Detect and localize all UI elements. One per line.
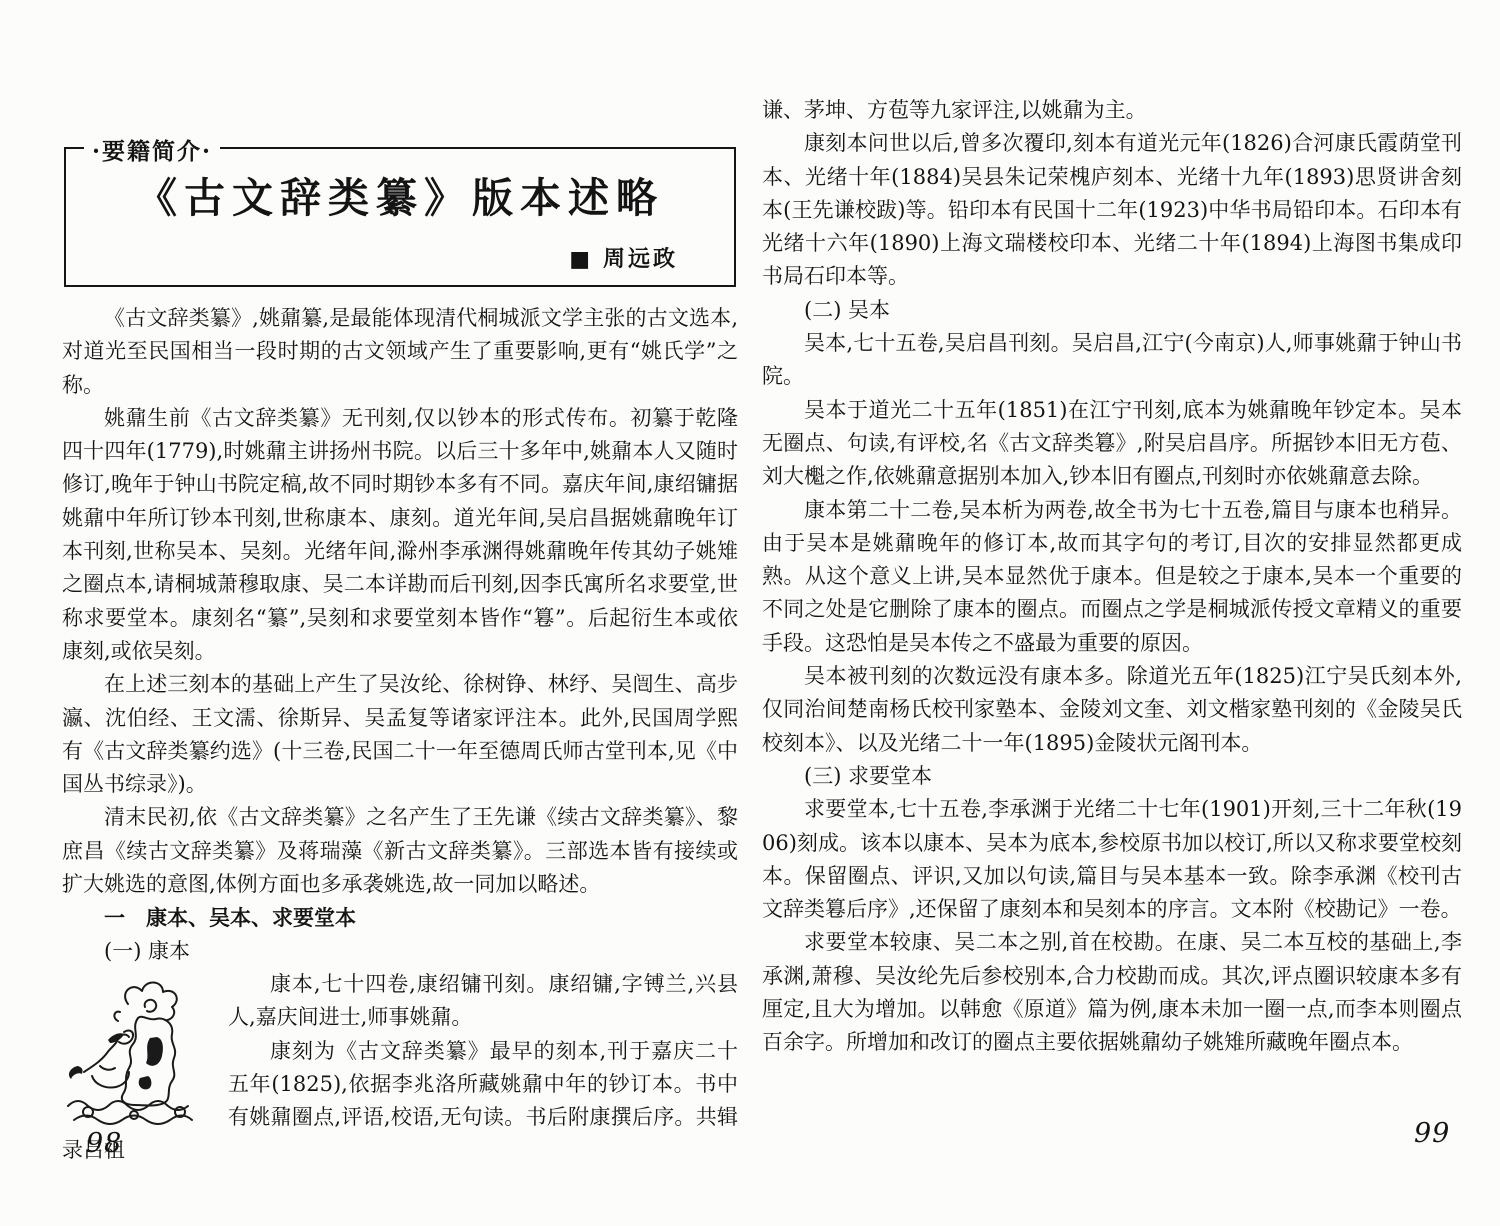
sub-heading-kang: (一) 康本 <box>62 935 738 968</box>
sub-heading-wu: (二) 吴本 <box>762 294 1462 327</box>
paragraph: 吴本于道光二十五年(1851)在江宁刊刻,底本为姚鼐晚年钞定本。吴本无圈点、句读… <box>762 394 1462 494</box>
author-name: 周远政 <box>603 246 678 272</box>
section-heading: 一 康本、吴本、求要堂本 <box>62 901 738 934</box>
paragraph: 康刻本问世以后,曾多次覆印,刻本有道光元年(1826)合河康氏霞荫堂刊本、光绪十… <box>762 127 1462 293</box>
article-title: 《古文辞类纂》版本述略 <box>66 165 734 224</box>
article-header-box: ·要籍简介· 《古文辞类纂》版本述略 ■周远政 <box>64 147 736 287</box>
paragraph: 吴本被刊刻的次数远没有康本多。除道光五年(1825)江宁吴氏刻本外,仅同治间楚南… <box>762 660 1462 760</box>
paragraph: 求要堂本较康、吴二本之别,首在校勘。在康、吴二本互校的基础上,李承渊,萧穆、吴汝… <box>762 926 1462 1059</box>
paragraph: 求要堂本,七十五卷,李承渊于光绪二十七年(1901)开刻,三十二年秋(1906)… <box>762 793 1462 926</box>
page-number-left: 98 <box>86 1128 122 1159</box>
right-column: 谦、茅坤、方苞等九家评注,以姚鼐为主。 康刻本问世以后,曾多次覆印,刻本有道光元… <box>762 94 1462 1060</box>
left-column: 《古文辞类纂》,姚鼐纂,是最能体现清代桐城派文学主张的古文选本,对道光至民国相当… <box>62 302 738 1168</box>
paragraph: 吴本,七十五卷,吴启昌刊刻。吴启昌,江宁(今南京)人,师事姚鼐于钟山书院。 <box>762 327 1462 394</box>
page-number-right: 99 <box>1414 1118 1450 1149</box>
paragraph: 在上述三刻本的基础上产生了吴汝纶、徐树铮、林纾、吴闿生、高步瀛、沈伯经、王文濡、… <box>62 668 738 801</box>
horse-rock-illustration <box>62 974 214 1134</box>
section-kicker-label: ·要籍简介· <box>84 133 220 166</box>
paragraph: 姚鼐生前《古文辞类纂》无刊刻,仅以钞本的形式传布。初纂于乾隆四十四年(1779)… <box>62 402 738 668</box>
journal-spread: { "header": { "section_label": "·要籍简介·",… <box>0 0 1500 1226</box>
illustrated-passage: 康本,七十四卷,康绍镛刊刻。康绍镛,字镈兰,兴县人,嘉庆间进士,师事姚鼐。 康刻… <box>62 968 738 1168</box>
paragraph: 康本第二十二卷,吴本析为两卷,故全书为七十五卷,篇目与康本也稍异。由于吴本是姚鼐… <box>762 494 1462 660</box>
sub-heading-qiuyaotang: (三) 求要堂本 <box>762 760 1462 793</box>
paragraph: 《古文辞类纂》,姚鼐纂,是最能体现清代桐城派文学主张的古文选本,对道光至民国相当… <box>62 302 738 402</box>
author-marker-icon: ■ <box>569 246 593 272</box>
paragraph-continuation: 谦、茅坤、方苞等九家评注,以姚鼐为主。 <box>762 94 1462 127</box>
byline: ■周远政 <box>569 242 678 273</box>
paragraph: 清末民初,依《古文辞类纂》之名产生了王先谦《续古文辞类纂》、黎庶昌《续古文辞类纂… <box>62 801 738 901</box>
